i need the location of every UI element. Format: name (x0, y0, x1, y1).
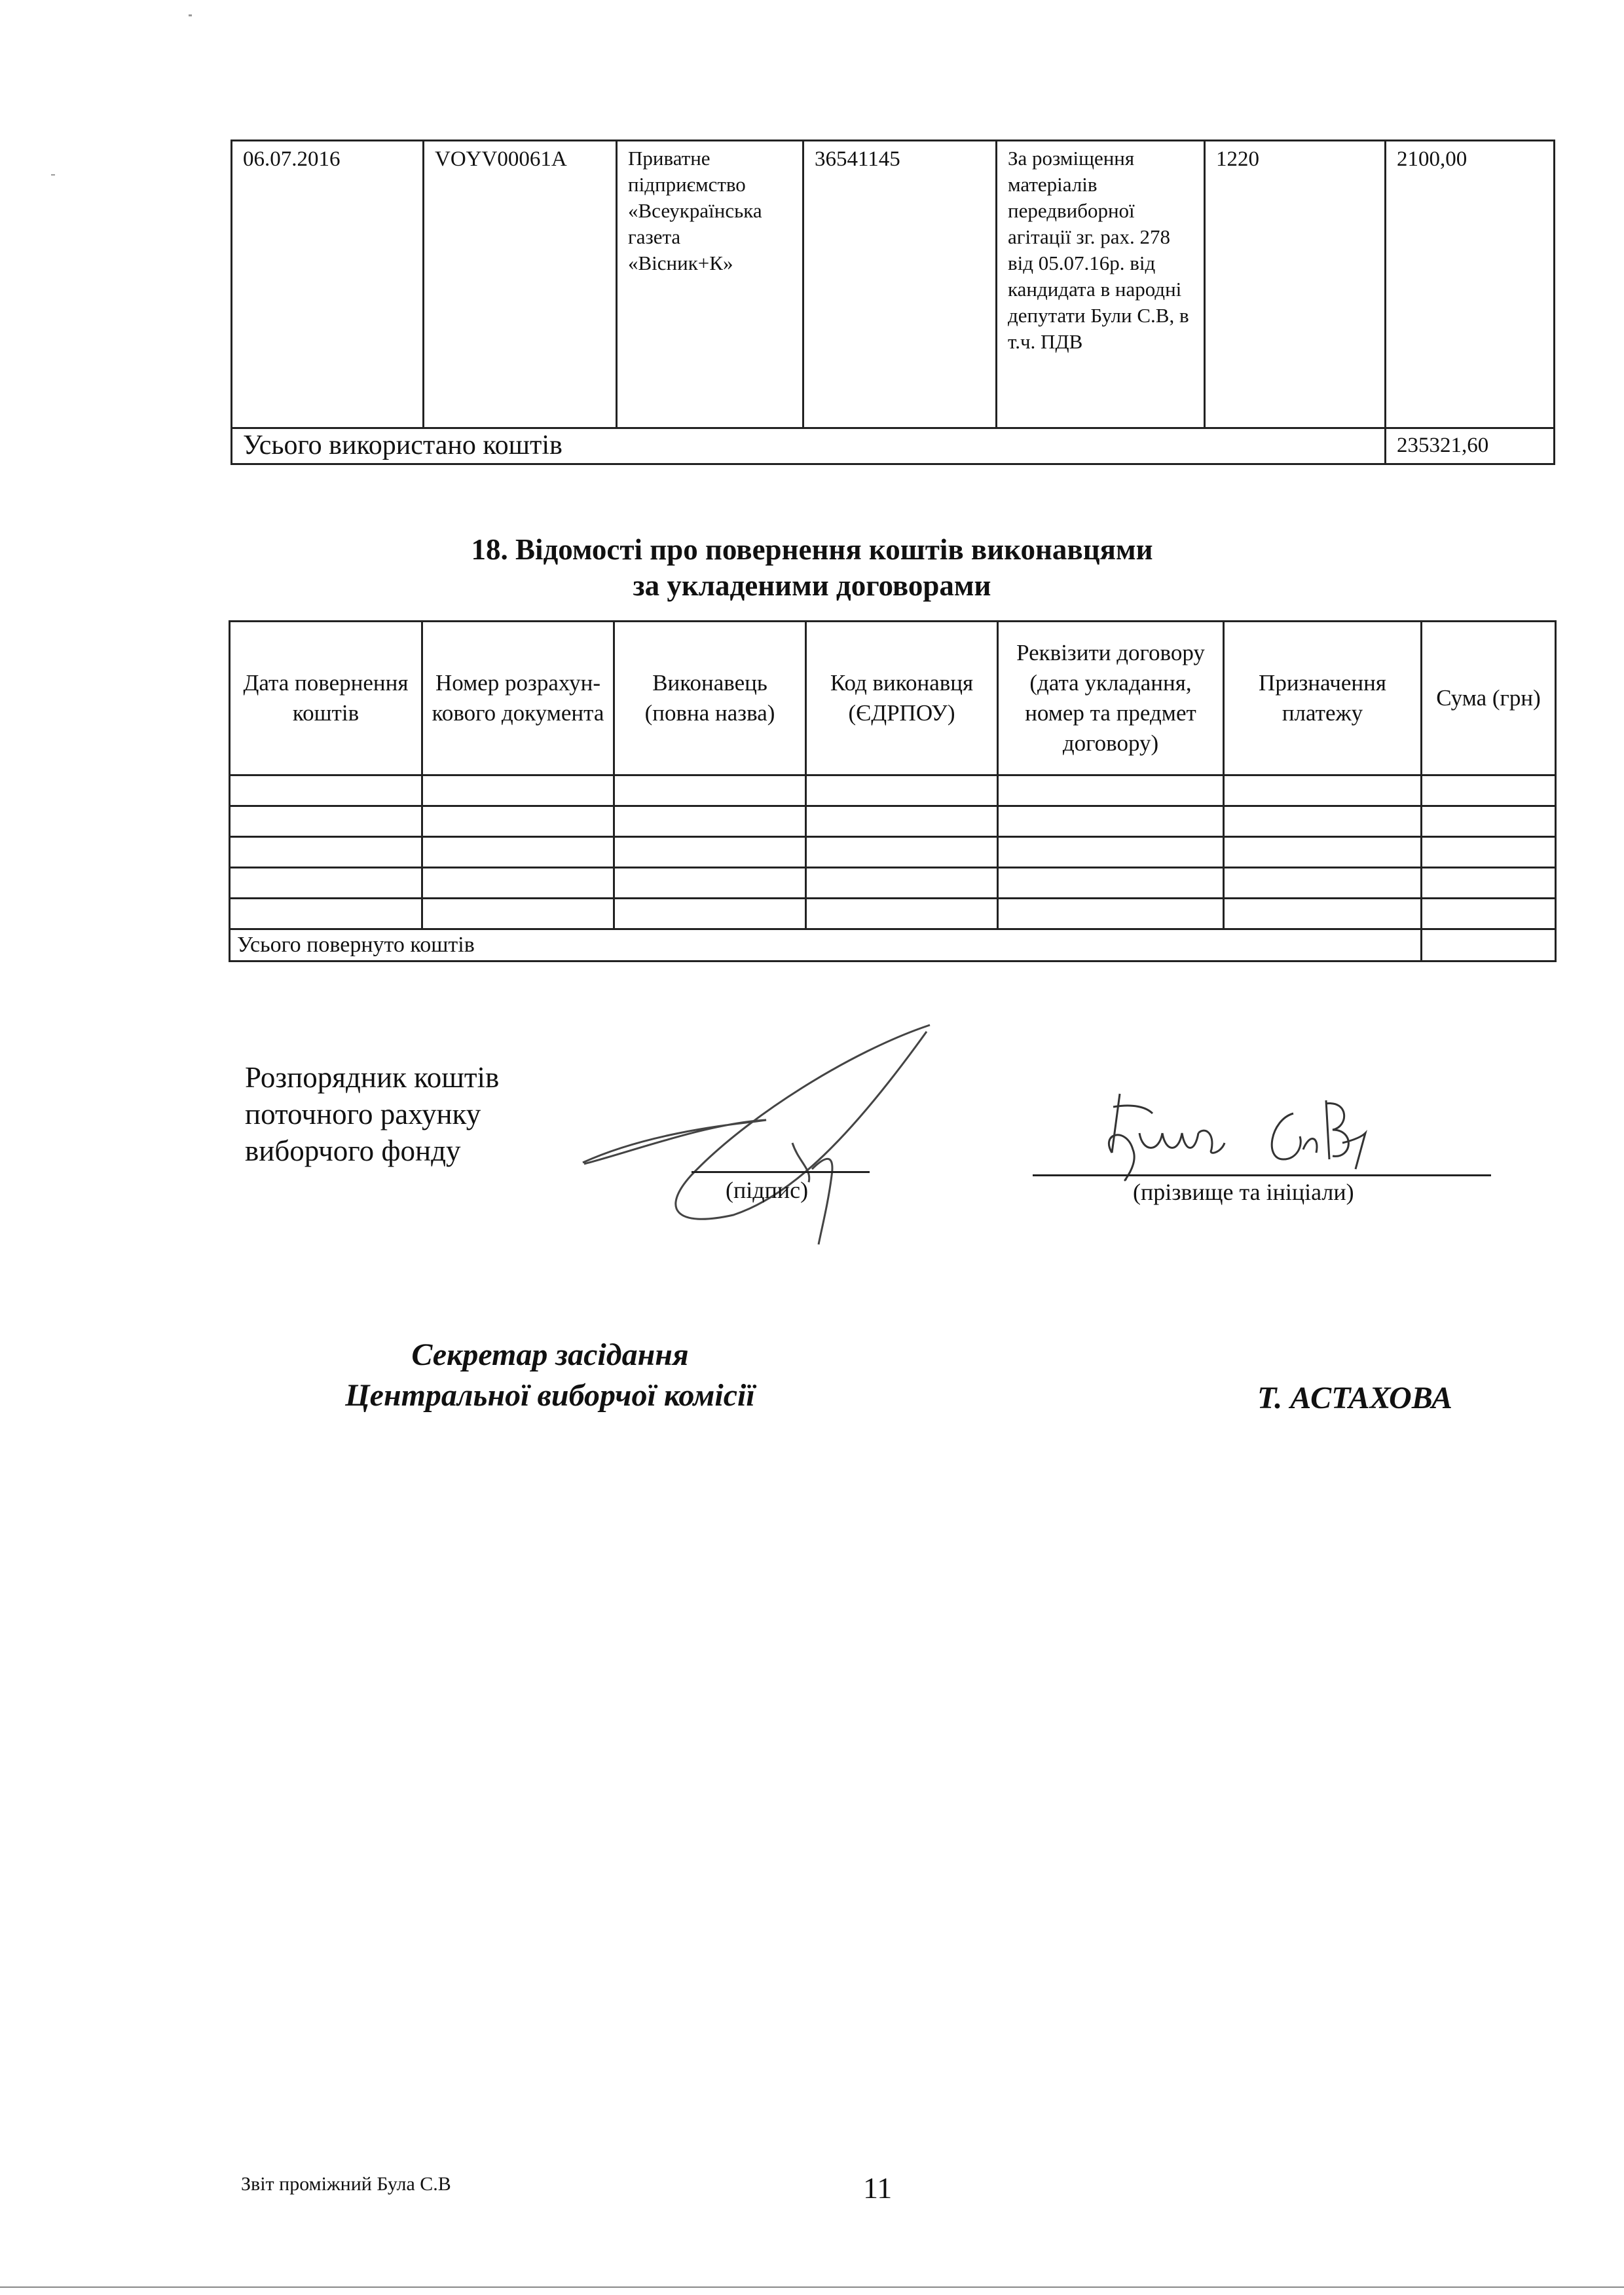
empty-cell (614, 868, 806, 899)
expenses-table: 06.07.2016 VOYV00061A Приватне підприємс… (231, 140, 1555, 465)
col-amount: Сума (грн) (1422, 622, 1556, 775)
role-line: поточного рахунку (245, 1096, 499, 1132)
empty-cell (230, 837, 422, 868)
scan-speck (189, 14, 192, 16)
name-line (1033, 1174, 1491, 1176)
empty-cell (1224, 837, 1422, 868)
empty-cell (998, 899, 1224, 929)
empty-cell (1422, 775, 1556, 806)
empty-cell (998, 775, 1224, 806)
empty-cell (998, 837, 1224, 868)
table-row (230, 899, 1556, 929)
table-row (230, 775, 1556, 806)
empty-cell (614, 806, 806, 837)
signature-caption: (підпис) (726, 1177, 808, 1203)
secretary-line: Секретар засідання (223, 1335, 877, 1375)
signature-scribble (576, 1012, 943, 1248)
secretary-name: Т. АСТАХОВА (1257, 1378, 1452, 1419)
table-row (230, 837, 1556, 868)
scan-edge-line (0, 2286, 1624, 2288)
empty-cell (998, 806, 1224, 837)
total-used-value: 235321,60 (1386, 428, 1555, 464)
empty-cell (1422, 837, 1556, 868)
empty-cell (1224, 775, 1422, 806)
role-line: виборчого фонду (245, 1132, 499, 1169)
total-row: Усього повернуто коштів (230, 929, 1556, 961)
cell-edrpou: 36541145 (803, 141, 997, 428)
footer-doc-label: Звіт проміжний Була С.В (241, 2173, 451, 2196)
empty-cell (806, 806, 998, 837)
empty-cell (1224, 868, 1422, 899)
cell-executor: Приватне підприємство «Всеукраїнська газ… (617, 141, 803, 428)
table-row (230, 806, 1556, 837)
col-return-date: Дата повернення коштів (230, 622, 422, 775)
secretary-line: Центральної виборчої комісії (223, 1375, 877, 1416)
col-contract: Реквізити договору (дата укладання, номе… (998, 622, 1224, 775)
empty-cell (806, 868, 998, 899)
handwritten-name (1074, 1087, 1441, 1185)
scan-speck (51, 174, 55, 176)
total-used-label: Усього використано коштів (232, 428, 1386, 464)
signature-line (692, 1171, 870, 1173)
empty-cell (422, 806, 614, 837)
cell-code: 1220 (1205, 141, 1386, 428)
empty-cell (614, 899, 806, 929)
section-title-line1: 18. Відомості про повернення коштів вико… (0, 532, 1624, 568)
secretary-title: Секретар засідання Центральної виборчої … (223, 1335, 877, 1416)
empty-cell (806, 899, 998, 929)
total-row: Усього використано коштів 235321,60 (232, 428, 1555, 464)
empty-cell (998, 868, 1224, 899)
page-number: 11 (863, 2172, 892, 2205)
col-doc-number: Номер розрахун-кового документа (422, 622, 614, 775)
empty-cell (230, 868, 422, 899)
empty-cell (614, 775, 806, 806)
total-returned-label: Усього повернуто коштів (230, 929, 1422, 961)
empty-cell (806, 837, 998, 868)
returns-table: Дата повернення коштів Номер розрахун-ко… (229, 620, 1557, 962)
empty-cell (1422, 806, 1556, 837)
empty-cell (422, 775, 614, 806)
col-edrpou: Код виконавця (ЄДРПОУ) (806, 622, 998, 775)
empty-cell (1224, 899, 1422, 929)
cell-doc-number: VOYV00061A (424, 141, 617, 428)
table-row (230, 868, 1556, 899)
empty-cell (422, 899, 614, 929)
empty-cell (230, 899, 422, 929)
total-returned-value (1422, 929, 1556, 961)
section-title-line2: за укладеними договорами (0, 568, 1624, 604)
table-row: 06.07.2016 VOYV00061A Приватне підприємс… (232, 141, 1555, 428)
col-purpose: Призначення платежу (1224, 622, 1422, 775)
empty-cell (422, 837, 614, 868)
role-line: Розпорядник коштів (245, 1059, 499, 1096)
col-executor: Виконавець (повна назва) (614, 622, 806, 775)
cell-date: 06.07.2016 (232, 141, 424, 428)
header-row: Дата повернення коштів Номер розрахун-ко… (230, 622, 1556, 775)
empty-cell (1224, 806, 1422, 837)
empty-cell (230, 806, 422, 837)
empty-cell (230, 775, 422, 806)
cell-amount: 2100,00 (1386, 141, 1555, 428)
section-title: 18. Відомості про повернення коштів вико… (0, 532, 1624, 604)
empty-cell (1422, 899, 1556, 929)
empty-cell (806, 775, 998, 806)
empty-cell (1422, 868, 1556, 899)
empty-cell (614, 837, 806, 868)
empty-cell (422, 868, 614, 899)
fund-manager-role: Розпорядник коштів поточного рахунку виб… (245, 1059, 499, 1169)
cell-purpose: За розміщення матеріалів передвиборної а… (997, 141, 1205, 428)
name-caption: (прізвище та ініціали) (1133, 1179, 1354, 1205)
